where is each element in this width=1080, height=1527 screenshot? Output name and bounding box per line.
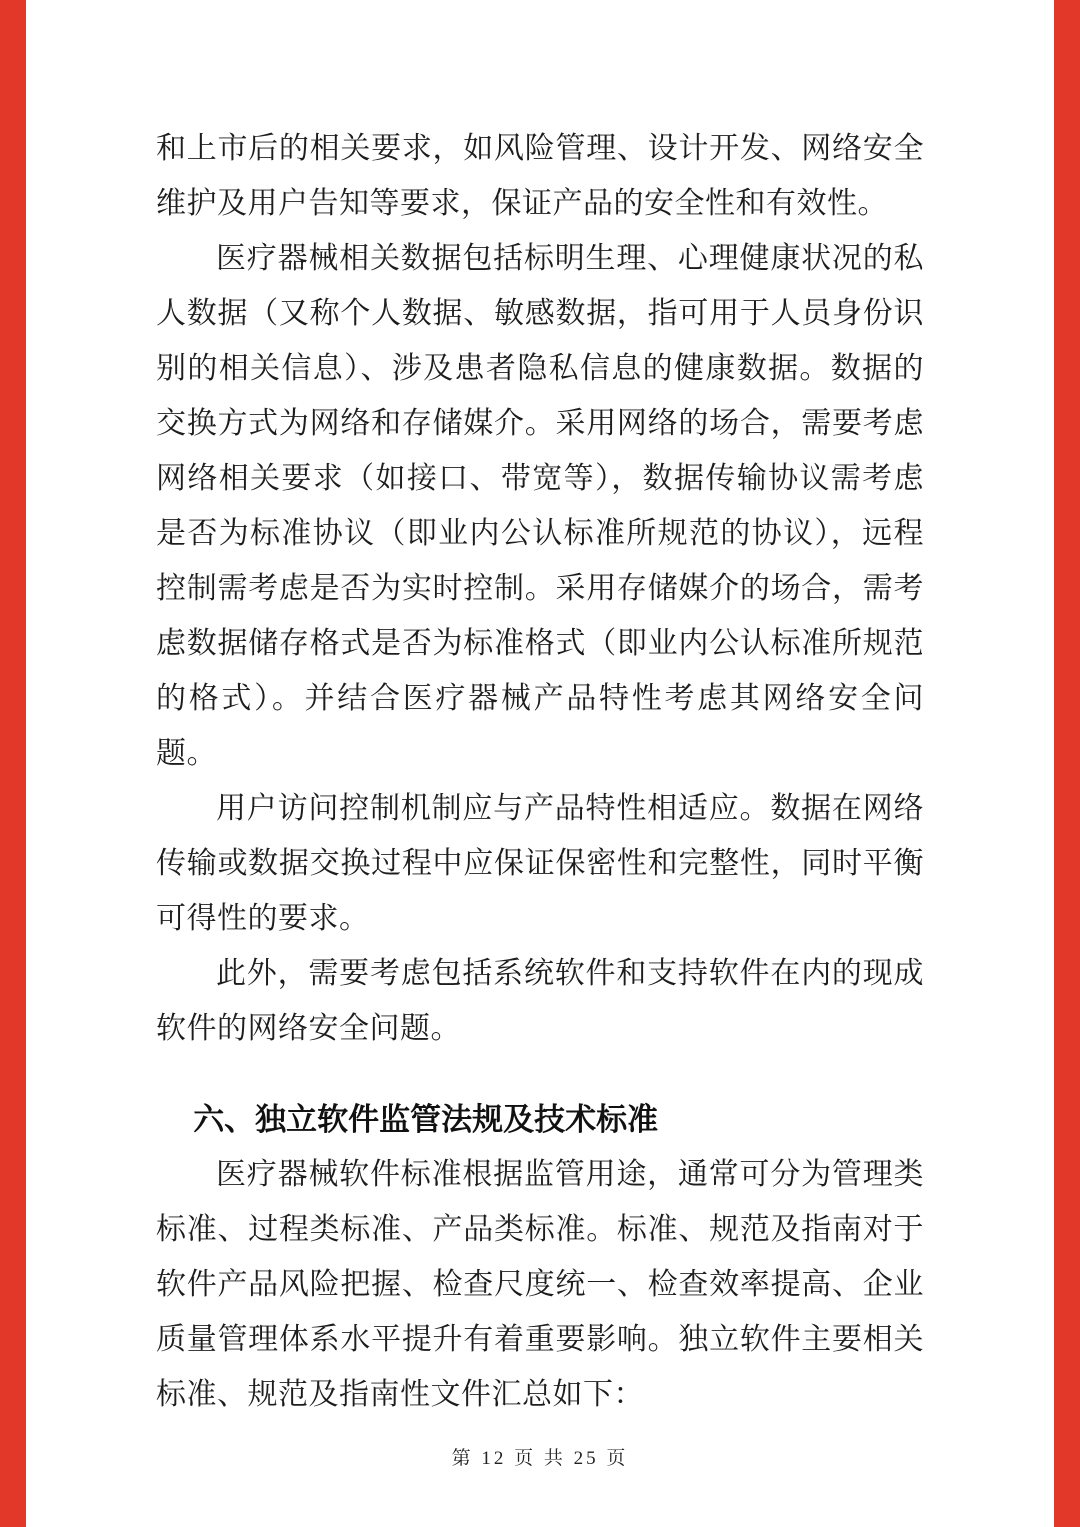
left-red-border xyxy=(0,0,26,1527)
body-paragraph-offtheshelf-software: 此外，需要考虑包括系统软件和支持软件在内的现成软件的网络安全问题。 xyxy=(156,946,924,1056)
right-red-border xyxy=(1054,0,1080,1527)
section-heading: 六、独立软件监管法规及技术标准 xyxy=(156,1092,924,1147)
document-page: 和上市后的相关要求，如风险管理、设计开发、网络安全维护及用户告知等要求，保证产品… xyxy=(0,0,1080,1527)
body-paragraph-data-types: 医疗器械相关数据包括标明生理、心理健康状况的私人数据（又称个人数据、敏感数据，指… xyxy=(156,231,924,781)
body-paragraph-continuation: 和上市后的相关要求，如风险管理、设计开发、网络安全维护及用户告知等要求，保证产品… xyxy=(156,121,924,231)
page-footer: 第 12 页 共 25 页 xyxy=(0,1443,1080,1470)
document-body: 和上市后的相关要求，如风险管理、设计开发、网络安全维护及用户告知等要求，保证产品… xyxy=(156,0,924,1422)
body-paragraph-standards: 医疗器械软件标准根据监管用途，通常可分为管理类标准、过程类标准、产品类标准。标准… xyxy=(156,1147,924,1422)
body-paragraph-access-control: 用户访问控制机制应与产品特性相适应。数据在网络传输或数据交换过程中应保证保密性和… xyxy=(156,781,924,946)
